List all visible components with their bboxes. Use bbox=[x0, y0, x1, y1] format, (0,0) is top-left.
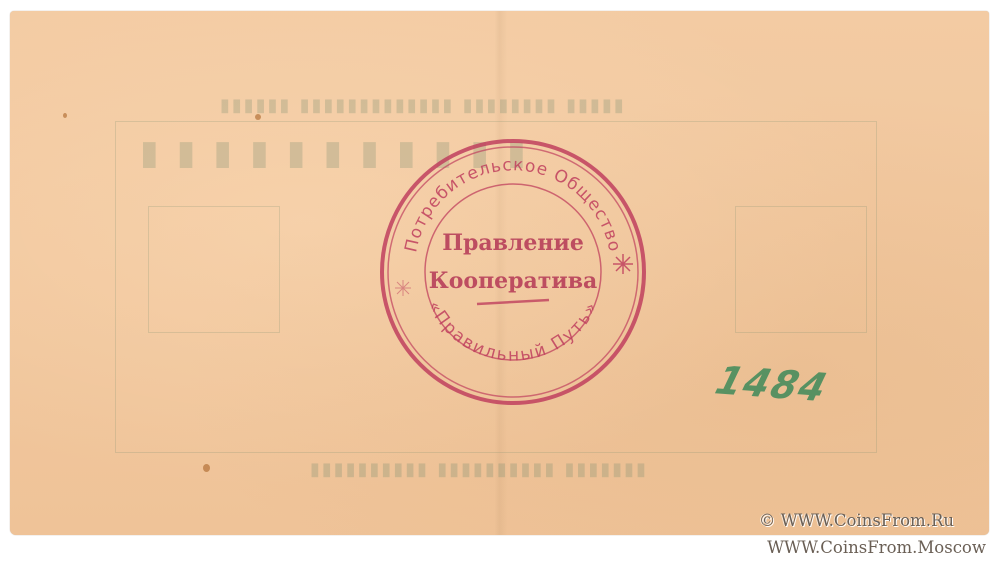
handwritten-number: 1484 bbox=[706, 358, 837, 410]
stain bbox=[203, 464, 210, 472]
stamp-dash bbox=[477, 300, 549, 304]
ghost-footer-text: ▮▮▮▮▮▮▮▮▮▮ ▮▮▮▮▮▮▮▮▮▮ ▮▮▮▮▮▮▮ bbox=[310, 459, 648, 480]
stamp-bottom-text: «Правильный Путь» bbox=[424, 298, 603, 366]
stamp-center-line2: Кооператива bbox=[429, 268, 598, 294]
stain bbox=[255, 114, 261, 120]
ghost-header-text: ▮▮▮▮▮▮ ▮▮▮▮▮▮▮▮▮▮▮▮▮ ▮▮▮▮▮▮▮▮ ▮▮▮▮▮ bbox=[220, 95, 626, 116]
stain bbox=[63, 113, 67, 118]
cooperative-stamp: Потребительское Общество «Правильный Пут… bbox=[377, 138, 649, 406]
ghost-left-box bbox=[148, 206, 280, 333]
watermark-line1: © WWW.CoinsFrom.Ru bbox=[759, 511, 954, 530]
svg-text:«Правильный Путь»: «Правильный Путь» bbox=[424, 298, 603, 366]
star-icon bbox=[613, 254, 633, 274]
watermark-line2: WWW.CoinsFrom.Moscow bbox=[767, 538, 986, 557]
star-icon bbox=[395, 280, 411, 296]
ghost-right-box bbox=[735, 206, 867, 333]
stamp-center-line1: Правление bbox=[442, 230, 584, 256]
